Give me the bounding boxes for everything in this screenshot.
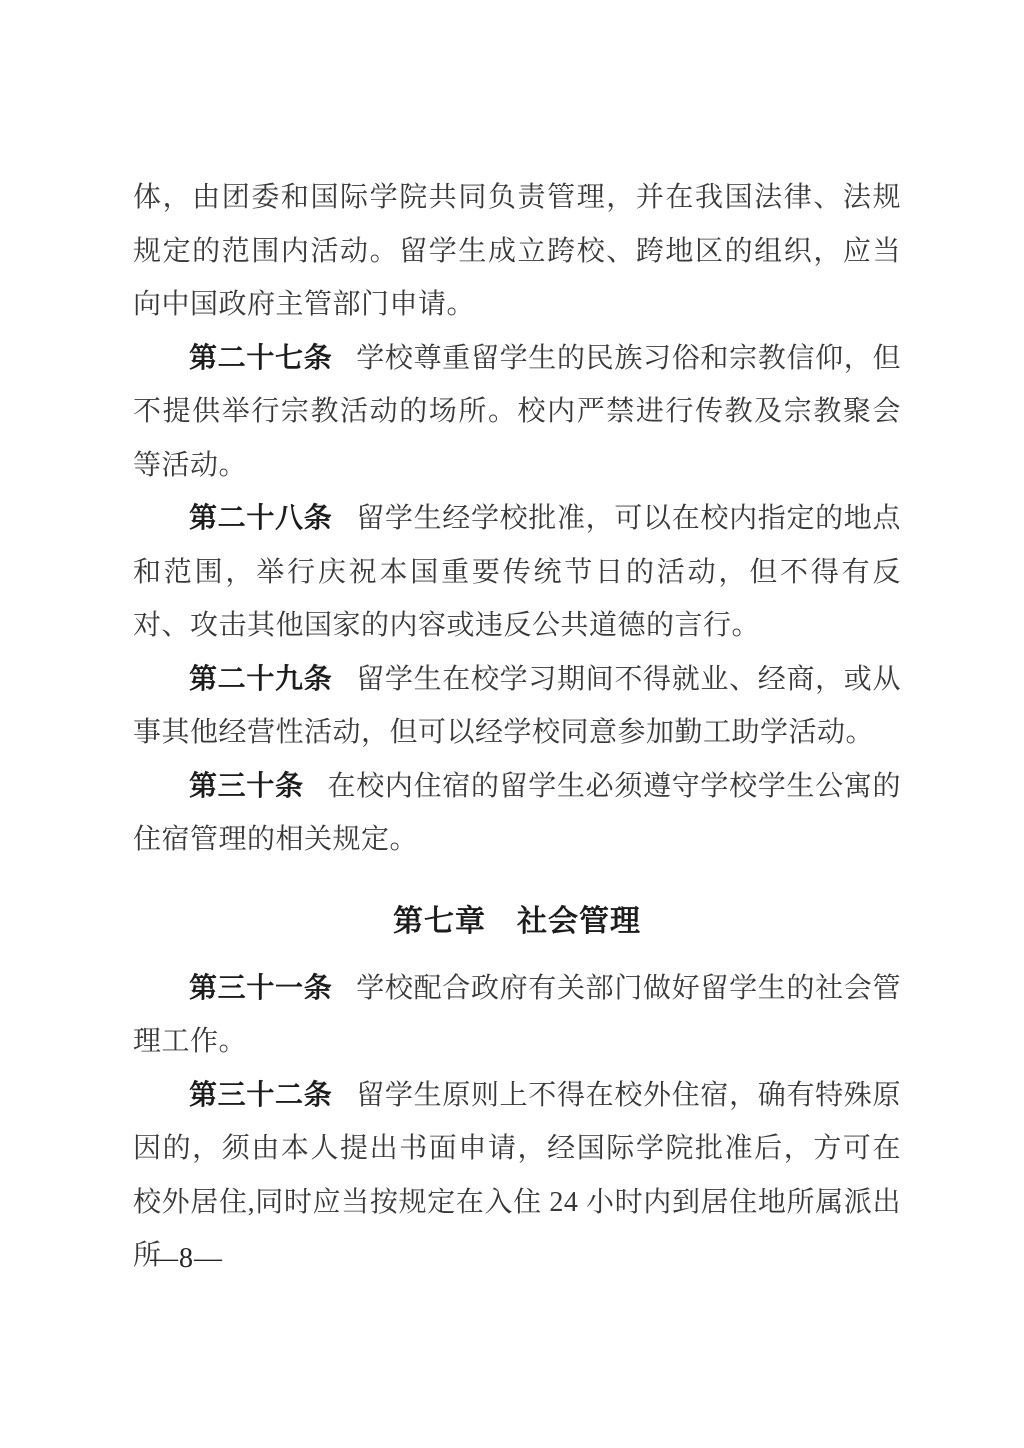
article-30-number: 第三十条 xyxy=(189,771,304,802)
document-body: 体，由团委和国际学院共同负责管理，并在我国法律、法规规定的范围内活动。留学生成立… xyxy=(133,171,901,1283)
chapter-7-heading: 第七章 社会管理 xyxy=(133,895,901,948)
page-number: —8— xyxy=(150,1242,223,1276)
article-30-paragraph: 第三十条在校内住宿的留学生必须遵守学校学生公寓的住宿管理的相关规定。 xyxy=(133,760,901,867)
article-27-paragraph: 第二十七条学校尊重留学生的民族习俗和宗教信仰，但不提供举行宗教活动的场所。校内严… xyxy=(133,332,901,493)
article-32-number: 第三十二条 xyxy=(189,1080,332,1111)
article-29-number: 第二十九条 xyxy=(189,664,332,695)
article-28-paragraph: 第二十八条留学生经学校批准，可以在校内指定的地点和范围，举行庆祝本国重要传统节日… xyxy=(133,492,901,653)
article-28-number: 第二十八条 xyxy=(189,503,332,534)
continuation-paragraph: 体，由团委和国际学院共同负责管理，并在我国法律、法规规定的范围内活动。留学生成立… xyxy=(133,171,901,332)
article-27-number: 第二十七条 xyxy=(189,343,332,374)
document-page: 体，由团委和国际学院共同负责管理，并在我国法律、法规规定的范围内活动。留学生成立… xyxy=(0,0,1024,1448)
article-31-number: 第三十一条 xyxy=(189,973,332,1004)
article-32-paragraph: 第三十二条留学生原则上不得在校外住宿，确有特殊原因的，须由本人提出书面申请，经国… xyxy=(133,1069,901,1283)
article-31-paragraph: 第三十一条学校配合政府有关部门做好留学生的社会管理工作。 xyxy=(133,962,901,1069)
article-29-paragraph: 第二十九条留学生在校学习期间不得就业、经商，或从事其他经营性活动，但可以经学校同… xyxy=(133,653,901,760)
